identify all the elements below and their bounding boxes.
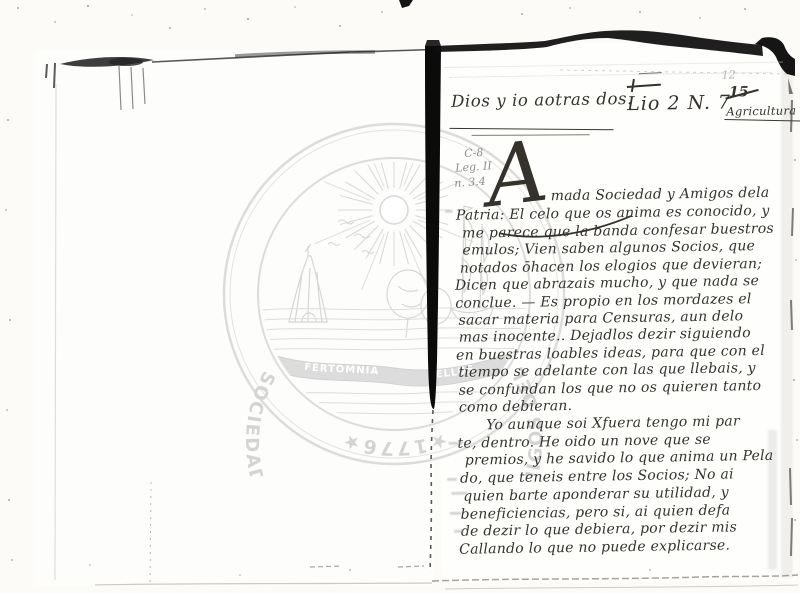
right-page-bottom-edge-2 bbox=[445, 585, 798, 589]
manuscript-line: como debieran. bbox=[459, 398, 573, 416]
manuscript-line: do, que teneis entre los Socios; No ai bbox=[460, 466, 734, 486]
manuscript-line: mas inocente.. Dejadlos dezir siguiendo bbox=[459, 325, 751, 346]
manuscript-line: tiempo se adelante con las que llebais, … bbox=[458, 360, 756, 381]
manuscript-line: Yo aunque soi Xfuera tengo mi par bbox=[486, 413, 740, 433]
header-file-ref: Lio 2 N. 7 bbox=[627, 93, 731, 114]
margin-smudge bbox=[451, 492, 467, 495]
sun-icon bbox=[380, 196, 408, 224]
top-corner-mark bbox=[399, 0, 413, 8]
manuscript-line: quien barte aponderar su utilidad, y bbox=[463, 485, 729, 505]
margin-smudge bbox=[450, 512, 462, 515]
header-category: Agricultura bbox=[726, 105, 796, 118]
category-underline bbox=[724, 119, 800, 122]
manuscript-line: mada Sociedad y Amigos dela bbox=[550, 185, 769, 205]
scanned-document: REAL SOCIEDAD ECONOMICA VALENCIANA DE AM… bbox=[0, 0, 800, 593]
pencil-note-line3: n. 3.4 bbox=[454, 175, 486, 191]
margin-smudge bbox=[448, 442, 462, 445]
bleedthrough-number: 12 bbox=[722, 69, 736, 80]
manuscript-line: se confundan los que no os quieren tanto bbox=[459, 378, 762, 399]
manuscript-folio: Dios y io aotras dos. Lio 2 N. 7 12 15 A… bbox=[440, 24, 800, 586]
margin-smudge bbox=[454, 530, 464, 533]
manuscript-line: de dezir lo que debiera, por dezir mis bbox=[461, 519, 737, 539]
margin-smudge bbox=[447, 478, 457, 481]
manuscript-line: Callando lo que no puede explicarse. bbox=[459, 538, 730, 558]
manuscript-line: emulos; Vien saben algunos Socios, que bbox=[462, 238, 755, 259]
margin-smudge bbox=[445, 210, 453, 213]
haystack-icon bbox=[289, 244, 327, 322]
initial-letter: A bbox=[482, 133, 551, 215]
page-stack-line bbox=[445, 62, 783, 68]
seal-year-text: ★1776★ bbox=[338, 428, 451, 459]
header-inscription: Dios y io aotras dos. bbox=[451, 91, 633, 110]
